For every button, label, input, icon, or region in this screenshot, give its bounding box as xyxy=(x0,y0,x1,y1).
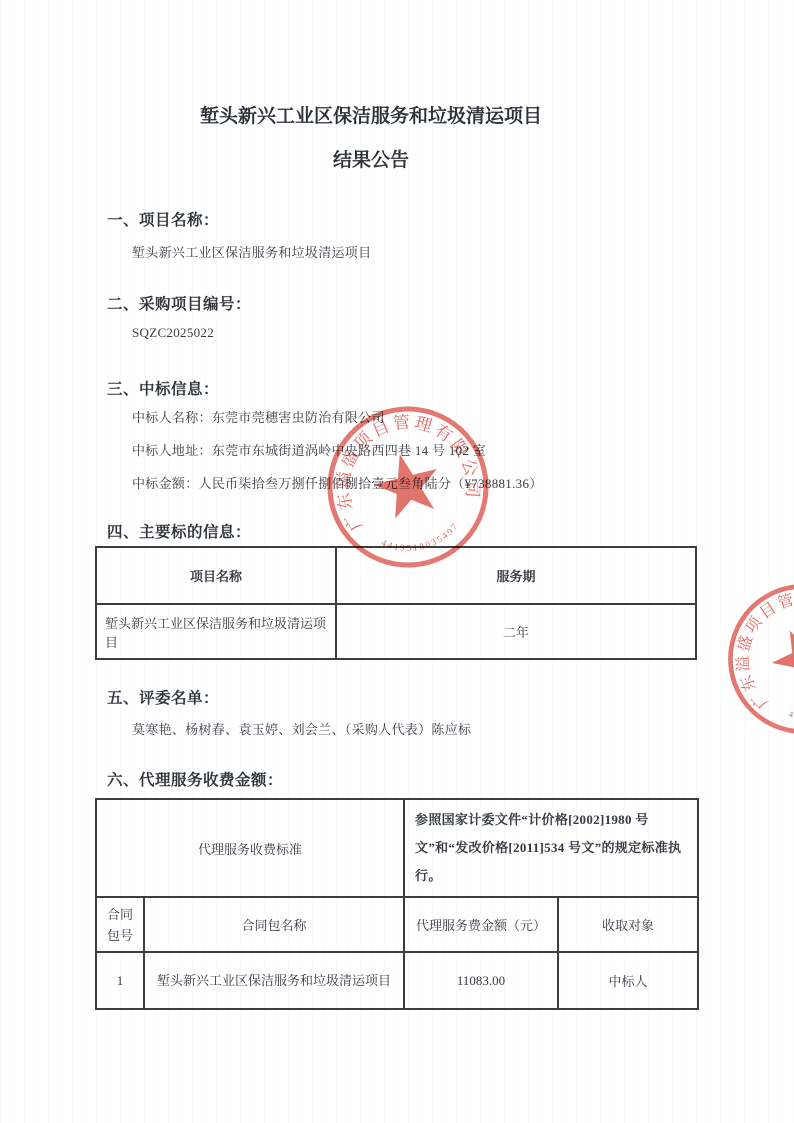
section-heading-project-name: 一、项目名称： xyxy=(107,208,219,230)
fee-table-data-row: 1 堑头新兴工业区保洁服务和垃圾清运项目 11083.00 中标人 xyxy=(96,952,698,1009)
company-seal-stamp: 广东溢盛项目管理有限公司 4419510035497 xyxy=(303,382,513,592)
seal-number-text: 4419510035497 xyxy=(785,679,794,731)
section-heading-award-info: 三、中标信息： xyxy=(107,377,219,399)
fee-table-cell-package-no: 1 xyxy=(96,952,144,1009)
section-heading-judges: 五、评委名单： xyxy=(107,686,219,708)
fee-table-cell-fee-amount: 11083.00 xyxy=(404,952,558,1009)
subject-table-cell-project-name: 堑头新兴工业区保洁服务和垃圾清运项目 xyxy=(96,604,336,659)
fee-standard-text-cell: 参照国家计委文件“计价格[2002]1980 号文”和“发改价格[2011]53… xyxy=(404,799,698,897)
fee-table-header-package-name: 合同包名称 xyxy=(144,897,404,952)
agency-fee-table: 代理服务收费标准 参照国家计委文件“计价格[2002]1980 号文”和“发改价… xyxy=(95,798,699,1010)
company-seal-stamp-partial: 广东溢盛项目管理有限公司 4419510035497 xyxy=(698,554,794,764)
fee-table-header-charged-party: 收取对象 xyxy=(558,897,698,952)
document-title-line1: 堑头新兴工业区保洁服务和垃圾清运项目 xyxy=(60,101,682,128)
fee-table-cell-package-name: 堑头新兴工业区保洁服务和垃圾清运项目 xyxy=(144,952,404,1009)
project-number-text: SQZC2025022 xyxy=(132,325,214,341)
project-name-text: 堑头新兴工业区保洁服务和垃圾清运项目 xyxy=(132,242,371,261)
section-heading-agency-fee: 六、代理服务收费金额： xyxy=(107,768,283,790)
section-heading-project-number: 二、采购项目编号： xyxy=(107,292,251,314)
fee-table-header-row: 合同包号 合同包名称 代理服务费金额（元） 收取对象 xyxy=(96,897,698,952)
judges-list-text: 莫寒艳、杨树春、袁玉婷、刘会兰、（采购人代表）陈应标 xyxy=(132,719,471,738)
fee-table-header-package-no: 合同包号 xyxy=(96,897,144,952)
section-heading-subject-info: 四、主要标的信息： xyxy=(107,520,251,542)
fee-table-header-fee-amount: 代理服务费金额（元） xyxy=(404,897,558,952)
fee-standard-row: 代理服务收费标准 参照国家计委文件“计价格[2002]1980 号文”和“发改价… xyxy=(96,799,698,897)
fee-standard-label-cell: 代理服务收费标准 xyxy=(96,799,404,897)
subject-table-header-project-name: 项目名称 xyxy=(96,547,336,604)
fee-table-cell-charged-party: 中标人 xyxy=(558,952,698,1009)
seal-star-icon xyxy=(762,618,794,695)
document-title-line2: 结果公告 xyxy=(60,145,682,172)
seal-star-icon xyxy=(368,446,446,521)
subject-table-data-row: 堑头新兴工业区保洁服务和垃圾清运项目 二年 xyxy=(96,604,696,659)
subject-table-cell-service-period: 二年 xyxy=(336,604,696,659)
document-page: 堑头新兴工业区保洁服务和垃圾清运项目 结果公告 一、项目名称： 堑头新兴工业区保… xyxy=(0,0,794,1123)
